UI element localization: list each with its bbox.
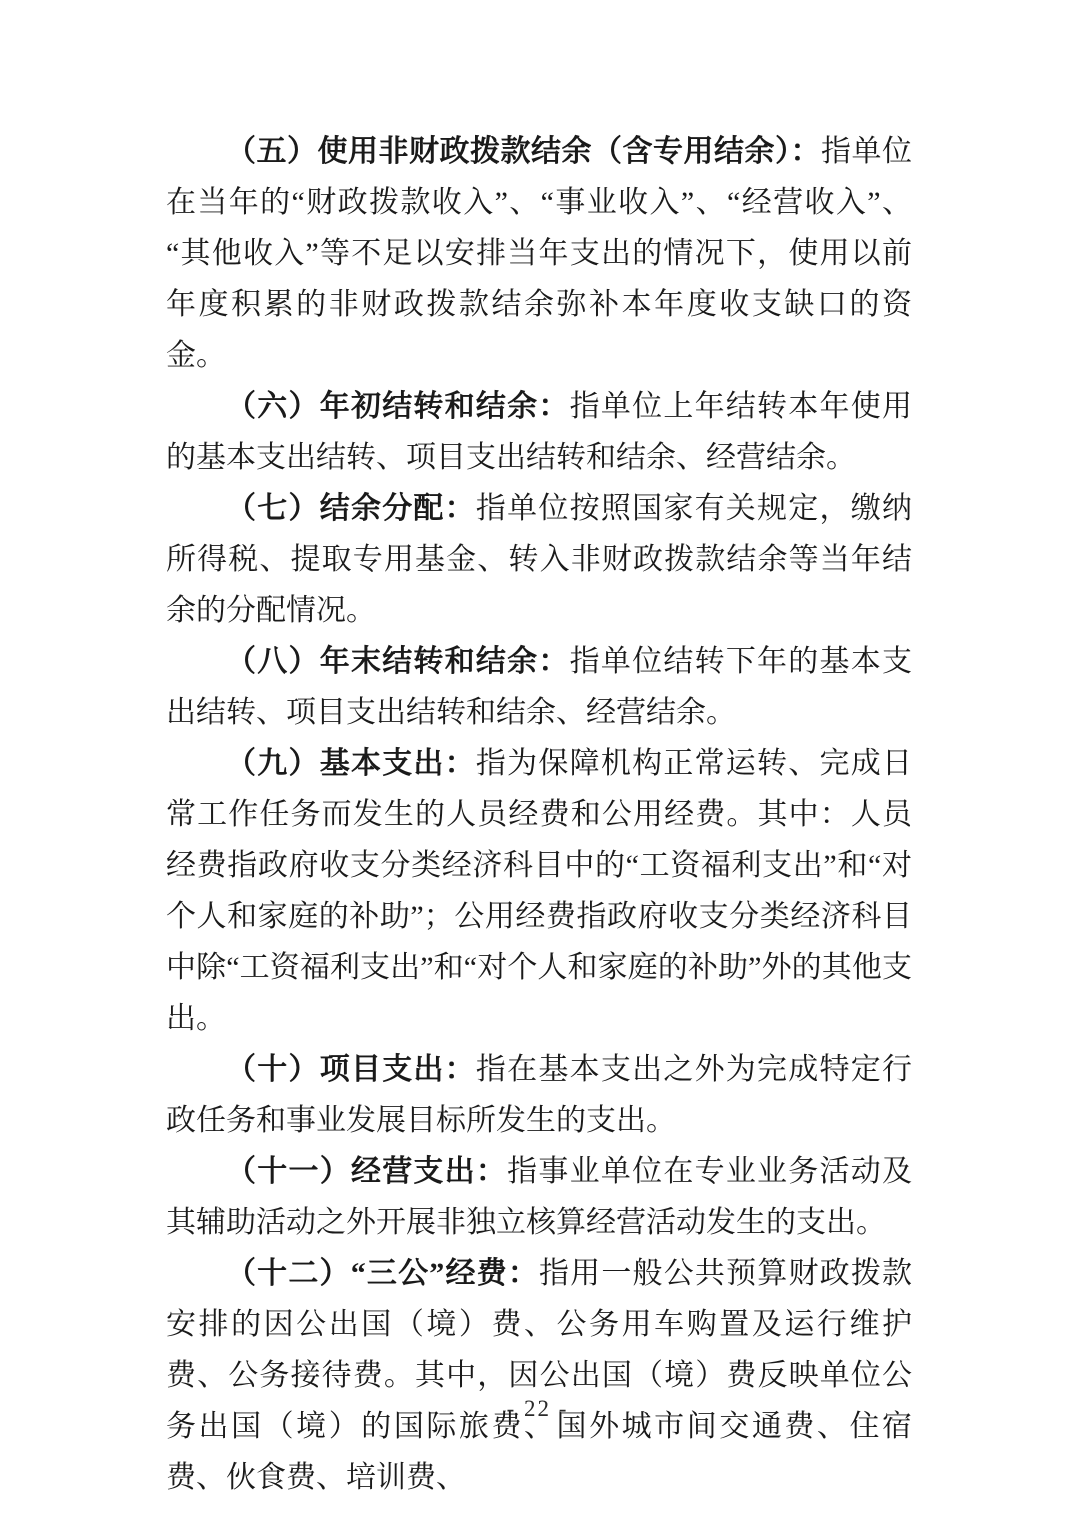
paragraph-heading: （十一）经营支出： — [226, 1155, 507, 1188]
paragraph-heading: （十二）“三公”经费： — [226, 1257, 539, 1290]
document-page: （五）使用非财政拨款结余（含专用结余）：指单位在当年的“财政拨款收入”、“事业收… — [0, 0, 1075, 1520]
paragraph-body: 指为保障机构正常运转、完成日常工作任务而发生的人员经费和公用经费。其中：人员经费… — [166, 747, 912, 1035]
paragraph-heading: （六）年初结转和结余： — [226, 390, 570, 423]
paragraph-body: 指用一般公共预算财政拨款安排的因公出国（境）费、公务用车购置及运行维护费、公务接… — [166, 1257, 912, 1494]
page-number: - 22 - — [507, 1396, 569, 1421]
page-footer: - 22 - — [0, 1396, 1075, 1422]
paragraph: （十）项目支出：指在基本支出之外为完成特定行政任务和事业发展目标所发生的支出。 — [166, 1044, 912, 1146]
paragraph: （十二）“三公”经费：指用一般公共预算财政拨款安排的因公出国（境）费、公务用车购… — [166, 1248, 912, 1503]
paragraph: （八）年末结转和结余：指单位结转下年的基本支出结转、项目支出结转和结余、经营结余… — [166, 636, 912, 738]
paragraph: （十一）经营支出：指事业单位在专业业务活动及其辅助活动之外开展非独立核算经营活动… — [166, 1146, 912, 1248]
paragraph: （七）结余分配：指单位按照国家有关规定，缴纳所得税、提取专用基金、转入非财政拨款… — [166, 483, 912, 636]
paragraph: （五）使用非财政拨款结余（含专用结余）：指单位在当年的“财政拨款收入”、“事业收… — [166, 126, 912, 381]
paragraph-heading: （五）使用非财政拨款结余（含专用结余）： — [226, 135, 821, 168]
paragraph: （六）年初结转和结余：指单位上年结转本年使用的基本支出结转、项目支出结转和结余、… — [166, 381, 912, 483]
paragraph: （九）基本支出：指为保障机构正常运转、完成日常工作任务而发生的人员经费和公用经费… — [166, 738, 912, 1044]
paragraph-heading: （十）项目支出： — [226, 1053, 476, 1086]
paragraph-heading: （七）结余分配： — [226, 492, 476, 525]
paragraph-heading: （九）基本支出： — [226, 747, 476, 780]
paragraph-body: 指单位在当年的“财政拨款收入”、“事业收入”、“经营收入”、“其他收入”等不足以… — [166, 135, 912, 372]
paragraph-heading: （八）年末结转和结余： — [226, 645, 570, 678]
document-body: （五）使用非财政拨款结余（含专用结余）：指单位在当年的“财政拨款收入”、“事业收… — [166, 126, 912, 1503]
